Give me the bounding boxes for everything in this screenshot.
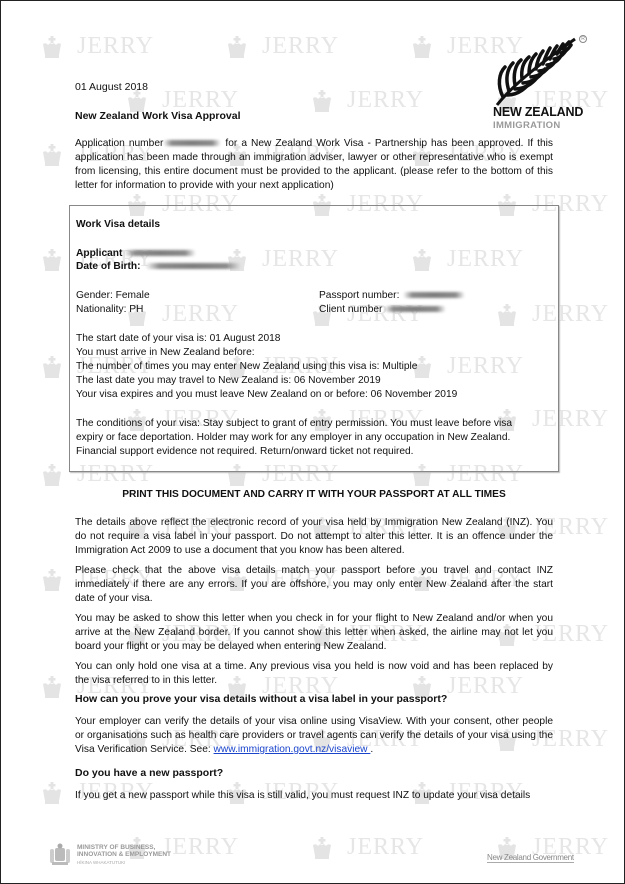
logo-new-zealand-text: NEW ZEALAND — [493, 105, 583, 119]
passport-row: Passport number: — [319, 289, 465, 303]
nz-government-text: New Zealand Government — [487, 853, 574, 863]
details-heading: Work Visa details — [76, 218, 160, 232]
visa-expiry: Your visa expires and you must leave New… — [76, 388, 457, 402]
paragraph-new-passport: If you get a new passport while this vis… — [75, 789, 553, 803]
arrive-before: You must arrive in New Zealand before: — [76, 346, 255, 360]
paragraph-check-details: Please check that the above visa details… — [75, 564, 553, 606]
gender: Gender: Female — [76, 289, 150, 303]
ministry-line-2: INNOVATION & EMPLOYMENT — [77, 851, 171, 859]
coat-of-arms-icon — [49, 843, 71, 867]
new-passport-heading: Do you have a new passport? — [75, 767, 223, 779]
redacted-client-number — [384, 306, 446, 312]
conditions-line-2: expiry or face deportation. Holder may w… — [76, 431, 510, 445]
applicant-label: Applicant — [76, 248, 122, 259]
last-travel-date: The last date you may travel to New Zeal… — [76, 374, 381, 388]
mbie-logo: MINISTRY OF BUSINESS, INNOVATION & EMPLO… — [49, 843, 171, 867]
dob-row: Date of Birth: — [76, 260, 241, 274]
ministry-line-3: HĪKINA WHAKATUTUKI — [77, 859, 171, 867]
intro-label: Application number — [75, 138, 163, 149]
visa-letter-page: JERRYJERRYJERRYJERRYJERRYJERRYJERRYJERRY… — [0, 0, 625, 884]
registered-mark-icon: R — [579, 35, 587, 43]
redacted-passport-number — [403, 292, 465, 298]
dob-label: Date of Birth: — [76, 261, 141, 272]
client-row: Client number — [319, 303, 446, 317]
intro-paragraph: Application number for a New Zealand Wor… — [75, 137, 553, 193]
paragraph-show-letter: You may be asked to show this letter whe… — [75, 612, 553, 654]
prove-visa-heading: How can you prove your visa details with… — [75, 693, 447, 705]
letter-title: New Zealand Work Visa Approval — [75, 110, 241, 122]
nz-immigration-logo: R NEW ZEALAND IMMIGRATION — [491, 35, 591, 130]
visaview-link[interactable]: www.immigration.govt.nz/visaview — [214, 744, 371, 755]
silver-fern-icon — [493, 35, 583, 107]
nz-government-logo: New Zealand Government — [487, 853, 574, 862]
logo-immigration-text: IMMIGRATION — [493, 120, 561, 131]
nationality: Nationality: PH — [76, 303, 143, 317]
passport-label: Passport number: — [319, 290, 399, 301]
client-label: Client number — [319, 304, 382, 315]
paragraph-one-visa: You can only hold one visa at a time. An… — [75, 660, 553, 688]
letter-date: 01 August 2018 — [75, 81, 148, 93]
print-notice-heading: PRINT THIS DOCUMENT AND CARRY IT WITH YO… — [75, 489, 553, 500]
number-of-entries: The number of times you may enter New Ze… — [76, 360, 417, 374]
paragraph-electronic-record: The details above reflect the electronic… — [75, 516, 553, 558]
redacted-application-number — [163, 140, 221, 146]
applicant-row: Applicant — [76, 247, 196, 261]
conditions-line-3: Financial support evidence not required.… — [76, 445, 414, 459]
conditions-line-1: The conditions of your visa: Stay subjec… — [76, 417, 512, 431]
work-visa-details-box: Work Visa details Applicant Date of Birt… — [69, 205, 559, 472]
visaview-period: . — [370, 744, 373, 755]
visa-start-date: The start date of your visa is: 01 Augus… — [76, 332, 280, 346]
redacted-dob — [145, 263, 241, 269]
paragraph-visaview: Your employer can verify the details of … — [75, 715, 553, 757]
redacted-applicant-name — [124, 250, 196, 256]
ministry-line-1: MINISTRY OF BUSINESS, — [77, 844, 171, 852]
